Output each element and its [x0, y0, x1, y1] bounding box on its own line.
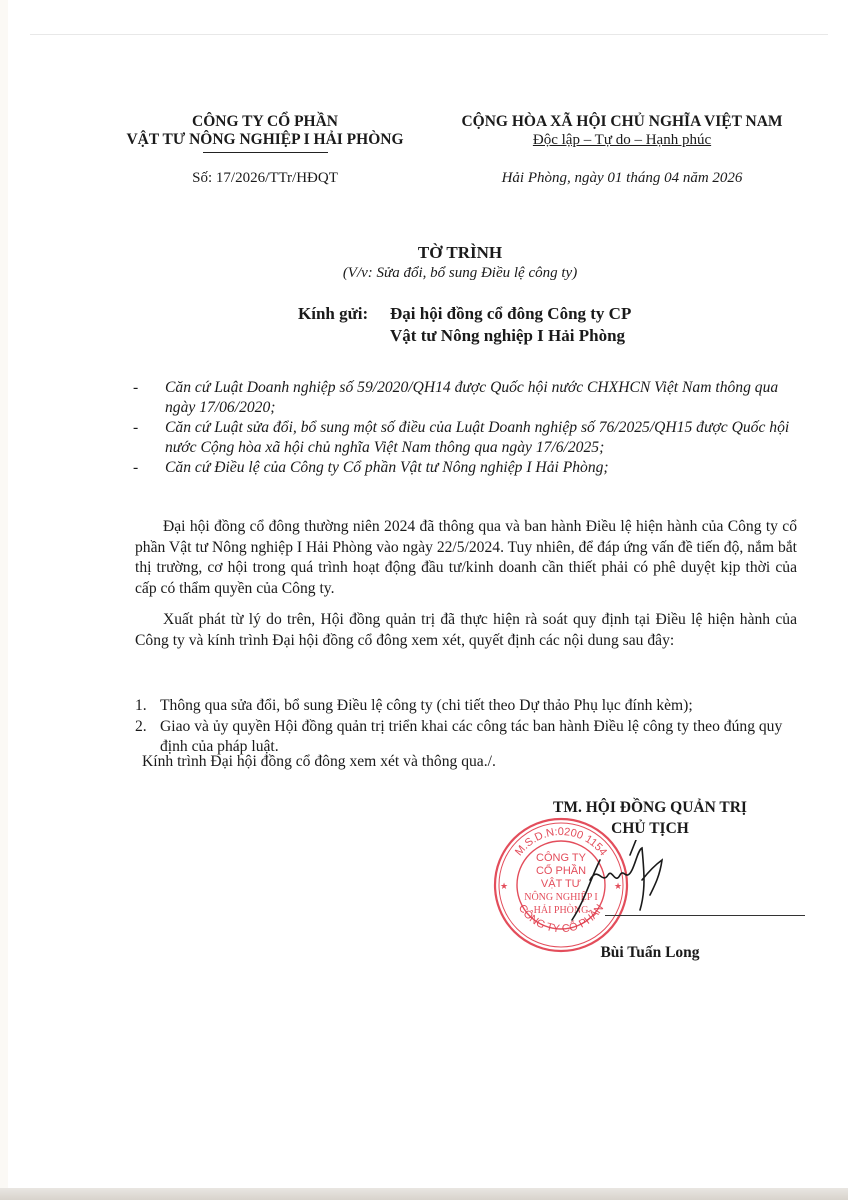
body-paragraph-1: Đại hội đồng cổ đông thường niên 2024 đã… [135, 517, 797, 599]
scan-bottom-edge [0, 1188, 848, 1200]
company-name-line1: CÔNG TY CỔ PHẦN [100, 113, 430, 131]
recipient-line1: Đại hội đồng cổ đông Công ty CP [390, 303, 631, 325]
body-paragraph-2: Xuất phát từ lý do trên, Hội đồng quản t… [135, 610, 797, 651]
scan-artifact-line [30, 34, 828, 35]
recipient-line2: Vật tư Nông nghiệp I Hải Phòng [390, 325, 631, 347]
place-date: Hải Phòng, ngày 01 tháng 04 năm 2026 [432, 170, 812, 187]
svg-text:★: ★ [500, 881, 508, 891]
header-underline [203, 152, 328, 153]
page-edge [0, 0, 8, 1188]
decision-item: 1.Thông qua sửa đổi, bổ sung Điều lệ côn… [135, 696, 797, 717]
legal-basis-list: -Căn cứ Luật Doanh nghiệp số 59/2020/QH1… [133, 378, 803, 478]
document-subject: (V/v: Sửa đổi, bổ sung Điều lệ công ty) [250, 265, 670, 282]
legal-basis-item: -Căn cứ Luật Doanh nghiệp số 59/2020/QH1… [133, 378, 803, 418]
recipient-label: Kính gửi: [298, 303, 390, 325]
company-name-line2: VẬT TƯ NÔNG NGHIỆP I HẢI PHÒNG [100, 131, 430, 149]
legal-basis-item: -Căn cứ Luật sửa đổi, bổ sung một số điề… [133, 418, 803, 458]
document-title: TỜ TRÌNH [250, 243, 670, 263]
national-header: CỘNG HÒA XÃ HỘI CHỦ NGHĨA VIỆT NAM Độc l… [432, 113, 812, 149]
recipient-block: Kính gửi: Đại hội đồng cổ đông Công ty C… [298, 303, 631, 347]
signer-name: Bùi Tuấn Long [500, 944, 800, 962]
company-header: CÔNG TY CỔ PHẦN VẬT TƯ NÔNG NGHIỆP I HẢI… [100, 113, 430, 153]
signature-icon [560, 840, 690, 930]
document-number: Số: 17/2026/TTr/HĐQT [100, 170, 430, 187]
decision-item: 2.Giao và ủy quyền Hội đồng quản trị tri… [135, 717, 797, 758]
legal-basis-item: -Căn cứ Điều lệ của Công ty Cổ phần Vật … [133, 458, 803, 478]
national-motto: Độc lập – Tự do – Hạnh phúc [432, 131, 812, 149]
closing-line: Kính trình Đại hội đồng cổ đông xem xét … [142, 753, 496, 771]
decision-list: 1.Thông qua sửa đổi, bổ sung Điều lệ côn… [135, 696, 797, 758]
signature-line [605, 915, 805, 916]
republic-title: CỘNG HÒA XÃ HỘI CHỦ NGHĨA VIỆT NAM [432, 113, 812, 131]
